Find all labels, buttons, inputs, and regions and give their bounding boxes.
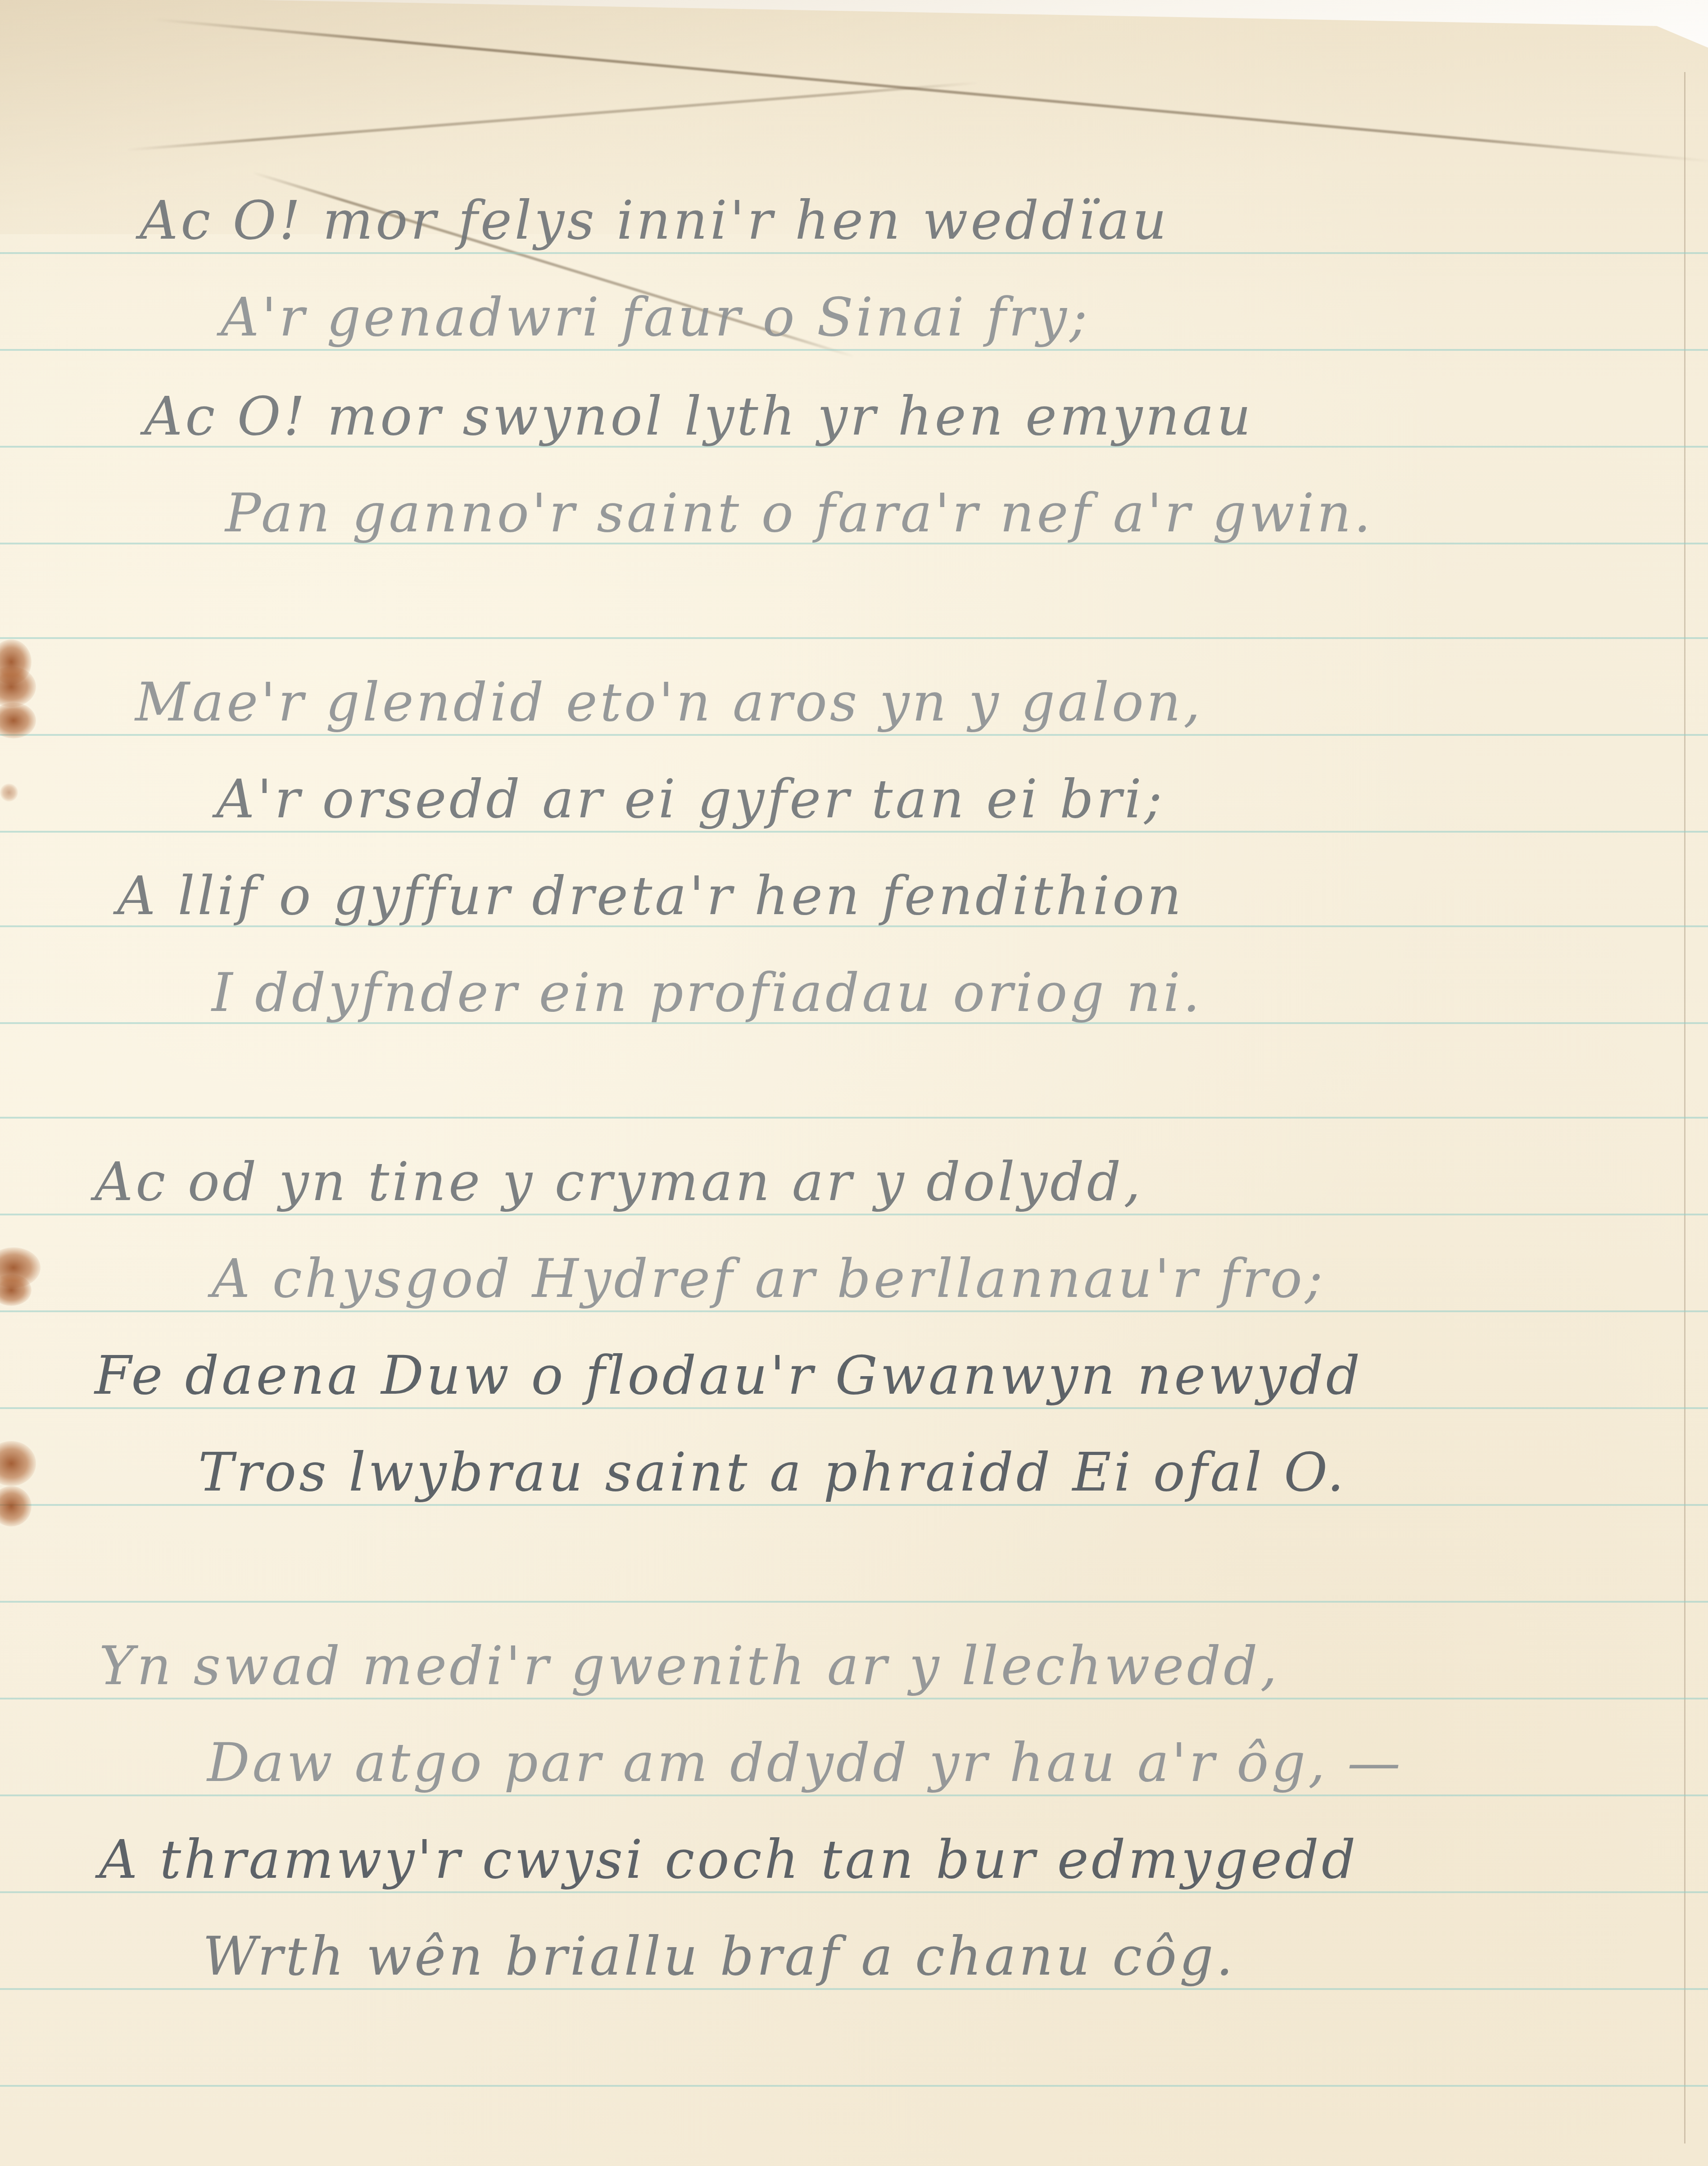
poem-line: Tros lwybrau saint a phraidd Ei ofal O. [198, 1441, 1347, 1503]
poem: Ac O! mor felys inni'r hen weddïau A'r g… [0, 0, 1708, 2166]
poem-line: Ac O! mor felys inni'r hen weddïau [140, 189, 1169, 251]
poem-line: A'r orsedd ar ei gyfer tan ei bri; [216, 768, 1165, 830]
poem-line: A chysgod Hydref ar berllannau'r fro; [212, 1247, 1326, 1310]
poem-line: Wrth wên briallu braf a chanu côg. [203, 1925, 1236, 1987]
poem-line: Yn swad medi'r gwenith ar y llechwedd, [99, 1635, 1280, 1697]
poem-line: Ac O! mor swynol lyth yr hen emynau [144, 385, 1254, 447]
poem-line: Pan ganno'r saint o fara'r nef a'r gwin. [225, 482, 1373, 544]
poem-line: A thramwy'r cwysi coch tan bur edmygedd [99, 1828, 1358, 1890]
poem-line: Fe daena Duw o flodau'r Gwanwyn newydd [95, 1344, 1363, 1406]
poem-line: A llif o gyffur dreta'r hen fendithion [117, 865, 1184, 927]
poem-line: I ddyfnder ein profiadau oriog ni. [212, 961, 1203, 1024]
poem-line: A'r genadwri faur o Sinai fry; [221, 286, 1090, 348]
poem-line: Ac od yn tine y cryman ar y dolydd, [95, 1151, 1143, 1213]
poem-line: Mae'r glendid eto'n aros yn y galon, [135, 671, 1203, 733]
poem-line: Daw atgo par am ddydd yr hau a'r ôg, — [207, 1731, 1403, 1794]
